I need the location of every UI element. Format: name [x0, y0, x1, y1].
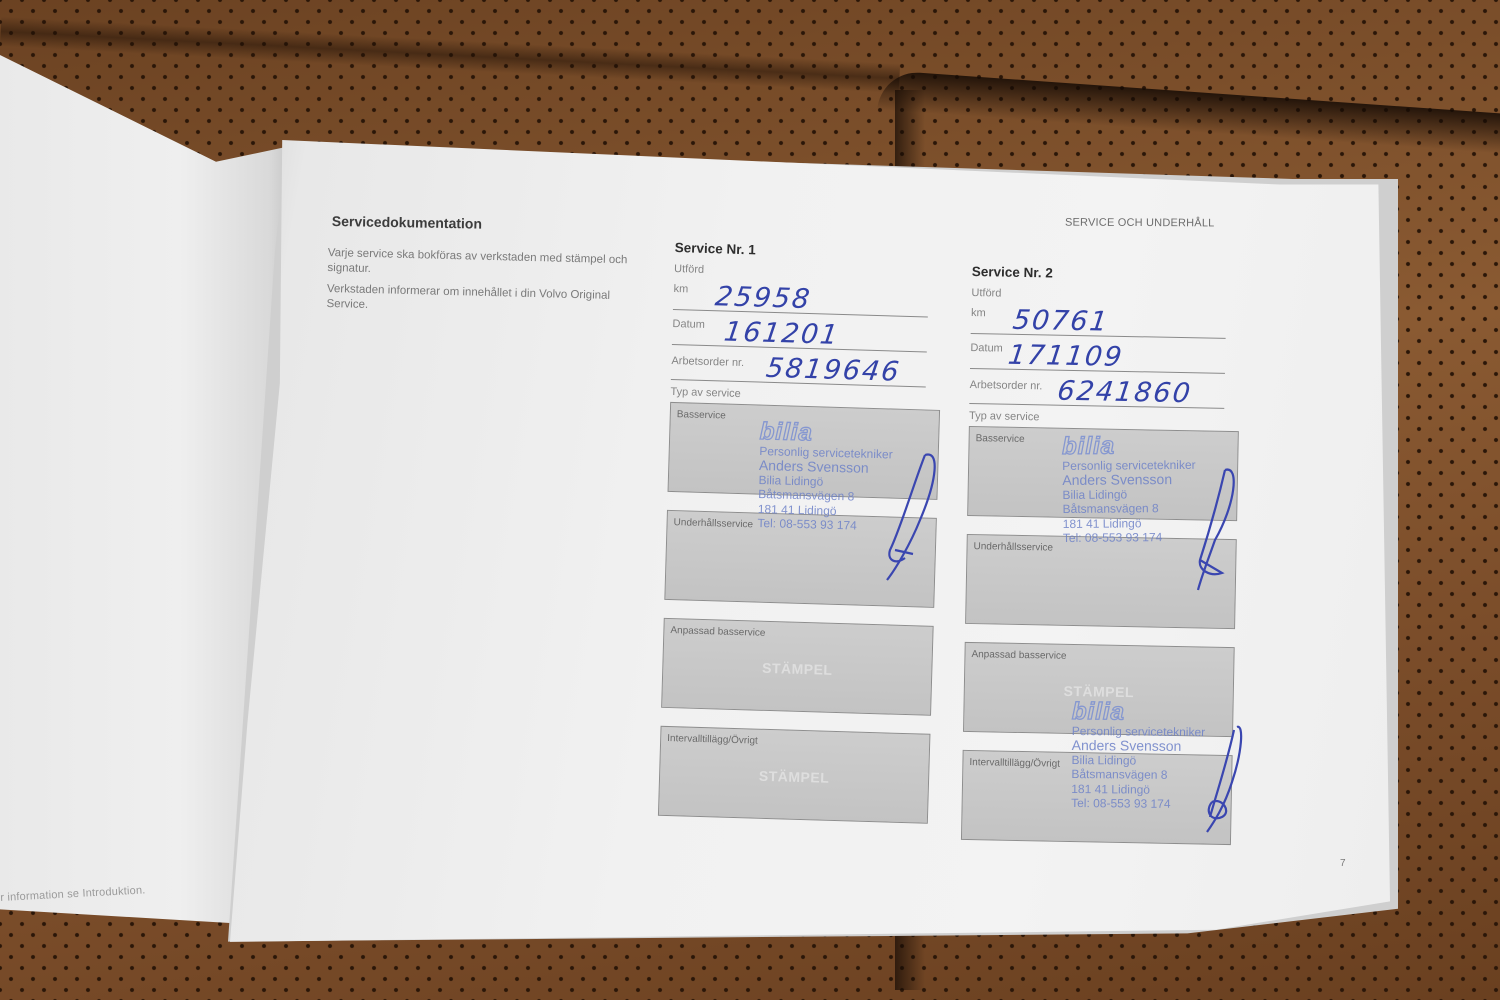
- stamp-workshop: Bilia Lidingö: [1062, 486, 1196, 502]
- km-value: 25958: [713, 281, 813, 315]
- bilia-logo: bilia: [760, 425, 894, 443]
- service-title: Service Nr. 2: [972, 264, 1242, 284]
- intro-paragraph: Varje service ska bokföras av verkstaden…: [327, 246, 638, 284]
- workshop-stamp: bilia Personlig servicetekniker Anders S…: [1062, 439, 1196, 546]
- bilia-logo: bilia: [1072, 705, 1206, 721]
- signature-icon: [1180, 465, 1250, 595]
- stamp-city: 181 41 Lidingö: [1071, 781, 1205, 797]
- km-field: Utförd km 25958: [673, 265, 929, 318]
- km-label: km: [971, 307, 986, 319]
- workshop-stamp: bilia Personlig servicetekniker Anders S…: [1071, 705, 1205, 812]
- stamp-phone: Tel: 08-553 93 174: [1063, 530, 1197, 546]
- datum-field: Datum 171109: [970, 334, 1226, 374]
- page-title: Servicedokumentation: [332, 213, 482, 232]
- box-label: Intervalltillägg/Övrigt: [667, 733, 758, 747]
- datum-value: 161201: [722, 317, 841, 351]
- stamp-city: 181 41 Lidingö: [1063, 515, 1197, 531]
- box-label: Underhållsservice: [673, 517, 753, 530]
- stamp-workshop: Bilia Lidingö: [1071, 752, 1205, 768]
- bilia-logo: bilia: [1062, 439, 1196, 455]
- utford-label: Utförd: [971, 287, 1001, 300]
- datum-value: 171109: [1006, 340, 1125, 373]
- stamp-name: Anders Svensson: [1062, 472, 1196, 488]
- arbetsorder-field: Arbetsorder nr. 6241860: [969, 369, 1225, 409]
- datum-label: Datum: [970, 342, 1003, 355]
- intro-paragraph: Verkstaden informerar om innehållet i di…: [326, 282, 637, 320]
- box-label: Underhållsservice: [973, 541, 1053, 554]
- stamp-placeholder: STÄMPEL: [660, 765, 928, 789]
- intro-text: Varje service ska bokföras av verkstaden…: [326, 246, 638, 326]
- utford-label: Utförd: [674, 263, 704, 276]
- stamp-phone: Tel: 08-553 93 174: [1071, 796, 1205, 812]
- stamp-name: Anders Svensson: [1072, 738, 1206, 754]
- page-content: Servicedokumentation Varje service ska b…: [0, 0, 1500, 1000]
- arbetsorder-field: Arbetsorder nr. 5819646: [671, 345, 927, 388]
- page-number: 7: [1340, 858, 1346, 869]
- section-header: SERVICE OCH UNDERHÅLL: [1065, 217, 1215, 230]
- signature-icon: [1192, 722, 1252, 842]
- datum-label: Datum: [672, 318, 705, 331]
- box-label: Anpassad basservice: [971, 649, 1066, 662]
- km-value: 50761: [1011, 305, 1111, 338]
- arbetsorder-label: Arbetsorder nr.: [671, 355, 744, 369]
- box-label: Basservice: [677, 409, 726, 421]
- km-field: Utförd km 50761: [971, 289, 1227, 339]
- arbetsorder-value: 5819646: [764, 353, 902, 388]
- arbetsorder-label: Arbetsorder nr.: [970, 379, 1043, 392]
- signature-icon: [865, 450, 945, 590]
- stamp-street: Båtsmansvägen 8: [1063, 501, 1197, 517]
- stamp-placeholder: STÄMPEL: [663, 657, 931, 681]
- box-label: Intervalltillägg/Övrigt: [969, 757, 1060, 770]
- stamp-street: Båtsmansvägen 8: [1071, 767, 1205, 783]
- stamp-box-anpassad: Anpassad basservice STÄMPEL: [661, 618, 934, 716]
- box-label: Anpassad basservice: [670, 625, 765, 639]
- arbetsorder-value: 6241860: [1056, 376, 1194, 410]
- stamp-box-intervall: Intervalltillägg/Övrigt STÄMPEL: [658, 726, 931, 824]
- box-label: Basservice: [976, 433, 1025, 445]
- typ-label: Typ av service: [969, 410, 1239, 427]
- service-title: Service Nr. 1: [675, 240, 945, 263]
- km-label: km: [673, 283, 688, 295]
